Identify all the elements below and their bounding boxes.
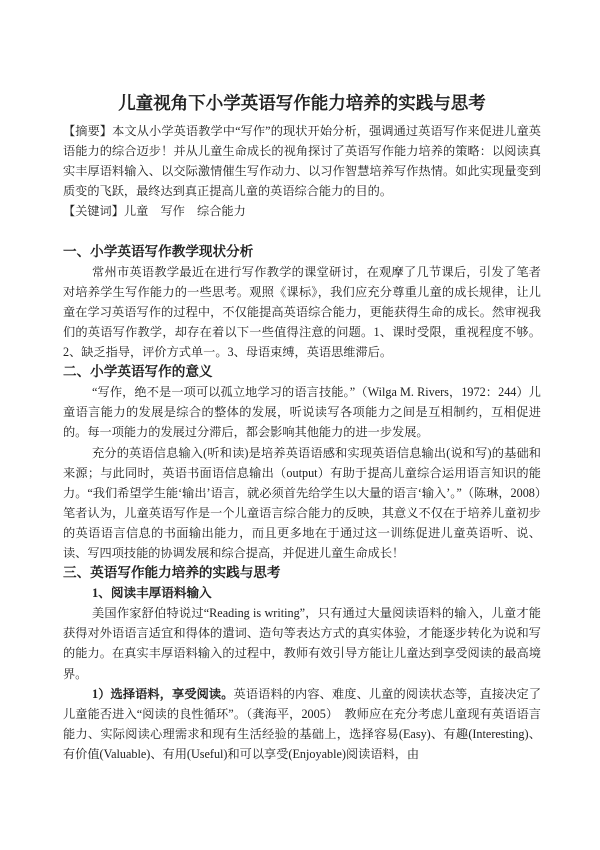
- keywords-label: 【关键词】: [63, 204, 124, 218]
- section1-paragraph: 常州市英语教学最近在进行写作教学的课堂研讨，在观摩了几节课后，引发了笔者对培养学…: [63, 262, 541, 362]
- section2-paragraph-1: “写作，绝不是一项可以孤立地学习的语言技能。”（Wilga M. Rivers，…: [63, 382, 541, 442]
- section3-paragraph-1: 美国作家舒伯特说过“Reading is writing”，只有通过大量阅读语料…: [63, 603, 541, 683]
- section2-heading: 二、小学英语写作的意义: [63, 362, 541, 382]
- abstract-label: 【摘要】: [63, 124, 112, 138]
- abstract-text: 本文从小学英语教学中“写作”的现状开始分析，强调通过英语写作来促进儿童英语能力的…: [63, 124, 541, 198]
- abstract-paragraph: 【摘要】本文从小学英语教学中“写作”的现状开始分析，强调通过英语写作来促进儿童英…: [63, 121, 541, 201]
- point1-lead: 1）选择语料，享受阅读。: [92, 687, 234, 701]
- section3-heading: 三、英语写作能力培养的实践与思考: [63, 563, 541, 583]
- keywords-paragraph: 【关键词】儿童 写作 综合能力: [63, 201, 541, 221]
- section3-subheading-1: 1、阅读丰厚语料输入: [63, 583, 541, 603]
- section1-heading: 一、小学英语写作教学现状分析: [63, 242, 541, 262]
- section2-paragraph-2: 充分的英语信息输入(听和读)是培养英语语感和实现英语信息输出(说和写)的基础和来…: [63, 443, 541, 564]
- section3-point-1: 1）选择语料，享受阅读。英语语料的内容、难度、儿童的阅读状态等，直接决定了儿童能…: [63, 684, 541, 764]
- keywords-text: 儿童 写作 综合能力: [124, 204, 246, 218]
- document-page: 儿童视角下小学英语写作能力培养的实践与思考 【摘要】本文从小学英语教学中“写作”…: [0, 0, 600, 850]
- document-title: 儿童视角下小学英语写作能力培养的实践与思考: [63, 92, 541, 114]
